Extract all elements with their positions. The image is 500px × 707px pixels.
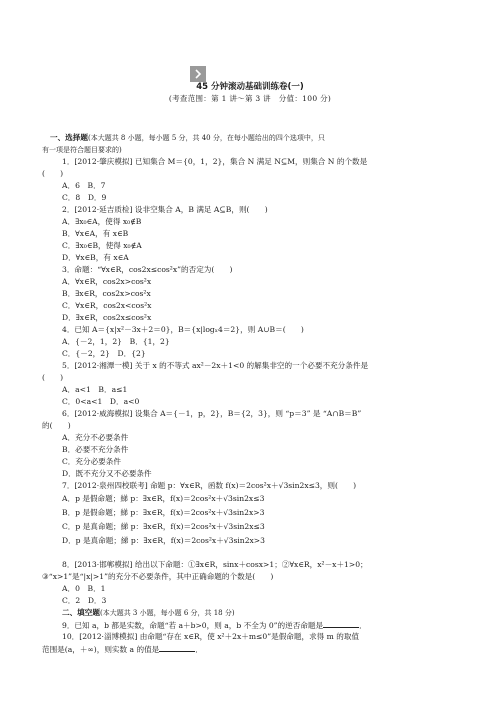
q6-option-a: A．充分不必要条件 [62, 433, 128, 443]
q2-option-b: B．∀x∈A，有 x∈B [62, 229, 128, 239]
q6-option-c: C．充分必要条件 [62, 457, 121, 467]
q2-option-d: D．∀x∈B，有 x∈A [62, 253, 129, 263]
q3-stem: 3．命题：“∀x∈R，cos2x≤cos²x”的否定为( ) [62, 265, 233, 275]
section1-desc-cont: 有一项是符合题目要求的) [42, 145, 122, 155]
q6-option-d: D．既不充分又不必要条件 [62, 469, 152, 479]
q4-options-cd: C．{－2，2} D．{2} [62, 349, 146, 359]
q3-option-d: D．∃x∈R，cos2x≤cos²x [62, 313, 151, 323]
section1-heading: 一、选择题 [50, 133, 88, 142]
q8-stem: 8．[2013·邯郸模拟] 给出以下命题：①∃x∈R，sinx＋cosx>1；②… [62, 560, 368, 570]
q1-options-ab: A．6 B．7 [62, 181, 106, 191]
q7-stem: 7．[2012·泉州四校联考] 命题 p：∀x∈R，函数 f(x)＝2cos²x… [62, 481, 356, 491]
q8-options-cd: C．2 D．3 [62, 596, 106, 606]
q7-option-d: D．p 是真命题；綈 p：∃x∈R，f(x)＝2cos²x＋√3sin2x>3 [62, 536, 265, 546]
q4-options-ab: A．{－2，1，2} B．{1，2} [62, 337, 170, 347]
q7-option-c: C．p 是真命题；綈 p：∃x∈R，f(x)＝2cos²x＋√3sin2x≤3 [62, 522, 265, 532]
q5-options-ab: A．a<1 B．a≤1 [62, 385, 127, 395]
q9-end: ． [359, 621, 367, 630]
q10-text: 范围是(a，＋∞)，则实数 a 的值是 [42, 645, 159, 654]
section2-heading: 二、填空题 [62, 608, 100, 617]
q5-options-cd: C．0<a<1 D．a<0 [62, 397, 139, 407]
q1-answer-paren: ( ) [42, 169, 63, 179]
q10-end: ． [195, 645, 203, 654]
q5-answer-paren: ( ) [42, 373, 63, 383]
q6-option-b: B．必要不充分条件 [62, 445, 128, 455]
q7-option-a: A．p 是假命题；綈 p：∃x∈R，f(x)＝2cos²x＋√3sin2x≤3 [62, 494, 264, 504]
q9-stem: 9．已知 a，b 都是实数，命题“若 a＋b>0，则 a，b 不全为 0”的逆否… [62, 620, 367, 631]
section1-header: 一、选择题(本大题共 8 小题，每小题 5 分，共 40 分，在每小题给出的四个… [50, 133, 325, 143]
q3-option-b: B．∃x∈R，cos2x>cos²x [62, 289, 151, 299]
q6-stem: 6．[2012·威海模拟] 设集合 A＝{－1，p，2}，B＝{2，3}，则 “… [62, 409, 361, 419]
q2-option-a: A．∃x₀∈A，使得 x₀∉B [62, 217, 141, 227]
page-subtitle: (考查范围：第 1 讲～第 3 讲 分值：100 分) [0, 93, 500, 104]
page-title: 45 分钟滚动基础训练卷(一) [0, 80, 500, 92]
q6-answer-paren: 的( ) [42, 421, 71, 431]
exam-page: 45 分钟滚动基础训练卷(一) (考查范围：第 1 讲～第 3 讲 分值：100… [0, 0, 500, 707]
q2-option-c: C．∃x₀∈B，使得 x₀∉A [62, 241, 142, 251]
q4-stem: 4．已知 A＝{x|x²－3x＋2＝0}，B＝{x|logₓ4＝2}，则 A∪B… [62, 325, 304, 335]
q7-option-b: B．p 是假命题；綈 p：∃x∈R，f(x)＝2cos²x＋√3sin2x>3 [62, 508, 265, 518]
q2-stem: 2．[2012·延吉质检] 设非空集合 A，B 满足 A⊆B，则( ) [62, 205, 268, 215]
q8-stem-cont: ③“x>1”是“|x|>1”的充分不必要条件，其中正确命题的个数是( ) [42, 572, 273, 582]
q8-options-ab: A．0 B．1 [62, 584, 106, 594]
section1-desc: (本大题共 8 小题，每小题 5 分，共 40 分，在每小题给出的四个选项中，只 [88, 134, 325, 142]
q5-stem: 5．[2012·湘潭一模] 关于 x 的不等式 ax²－2x＋1<0 的解集非空… [62, 361, 368, 371]
q10-stem-cont: 范围是(a，＋∞)，则实数 a 的值是． [42, 644, 203, 655]
q10-answer-blank[interactable] [159, 644, 195, 652]
q3-option-c: C．∀x∈R，cos2x<cos²x [62, 301, 151, 311]
q1-stem: 1．[2012·肇庆模拟] 已知集合 M＝{0，1，2}，集合 N 满足 N⊆M… [62, 157, 367, 167]
q1-options-cd: C．8 D．9 [62, 193, 106, 203]
q10-stem: 10．[2012·淄博模拟] 由命题“存在 x∈R，使 x²＋2x＋m≤0”是假… [62, 632, 359, 642]
q9-answer-blank[interactable] [323, 620, 359, 628]
q9-text: 9．已知 a，b 都是实数，命题“若 a＋b>0，则 a，b 不全为 0”的逆否… [62, 621, 323, 630]
section2-header: 二、填空题(本大题共 3 小题，每小题 6 分，共 18 分) [62, 608, 235, 618]
section2-desc: (本大题共 3 小题，每小题 6 分，共 18 分) [100, 609, 235, 617]
q3-option-a: A．∀x∈R，cos2x>cos²x [62, 277, 151, 287]
